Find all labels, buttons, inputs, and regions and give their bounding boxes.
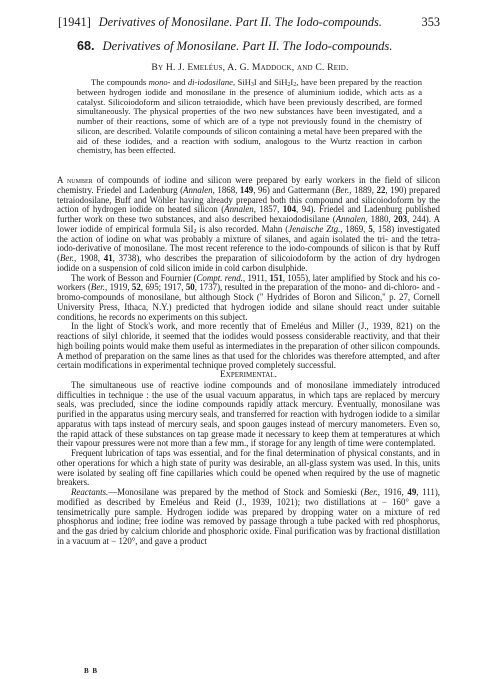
article-title-text: Derivatives of Monosilane. Part II. The … <box>103 39 393 53</box>
abstract: The compounds mono- and di-iodosilane, S… <box>77 78 422 156</box>
page-number: 353 <box>422 15 440 30</box>
author-byline: By H. J. Emeléus, A. G. Maddock, and C. … <box>0 62 500 73</box>
journal-page: [1941] Derivatives of Monosilane. Part I… <box>0 0 500 679</box>
running-head: [1941] Derivatives of Monosilane. Part I… <box>58 15 440 30</box>
signature-mark: B B <box>84 667 98 675</box>
article-title: 68.Derivatives of Monosilane. Part II. T… <box>77 39 437 54</box>
body-paragraph-6: Reactants.—Monosilane was prepared by th… <box>57 488 440 547</box>
running-head-year: [1941] <box>58 15 91 30</box>
body-paragraph-5: Frequent lubrication of taps was essenti… <box>57 449 440 488</box>
body-paragraph-3: In the light of Stock's work, and more r… <box>57 322 440 371</box>
article-number: 68. <box>77 39 95 53</box>
running-head-title: Derivatives of Monosilane. Part II. The … <box>99 15 422 30</box>
body-paragraph-1: A number of compounds of iodine and sili… <box>57 176 440 274</box>
abstract-paragraph: The compounds mono- and di-iodosilane, S… <box>77 78 422 156</box>
body-paragraph-2: The work of Besson and Fournier (Compt. … <box>57 274 440 323</box>
body-paragraph-4: The simultaneous use of reactive iodine … <box>57 381 440 449</box>
article-body: A number of compounds of iodine and sili… <box>57 176 440 547</box>
